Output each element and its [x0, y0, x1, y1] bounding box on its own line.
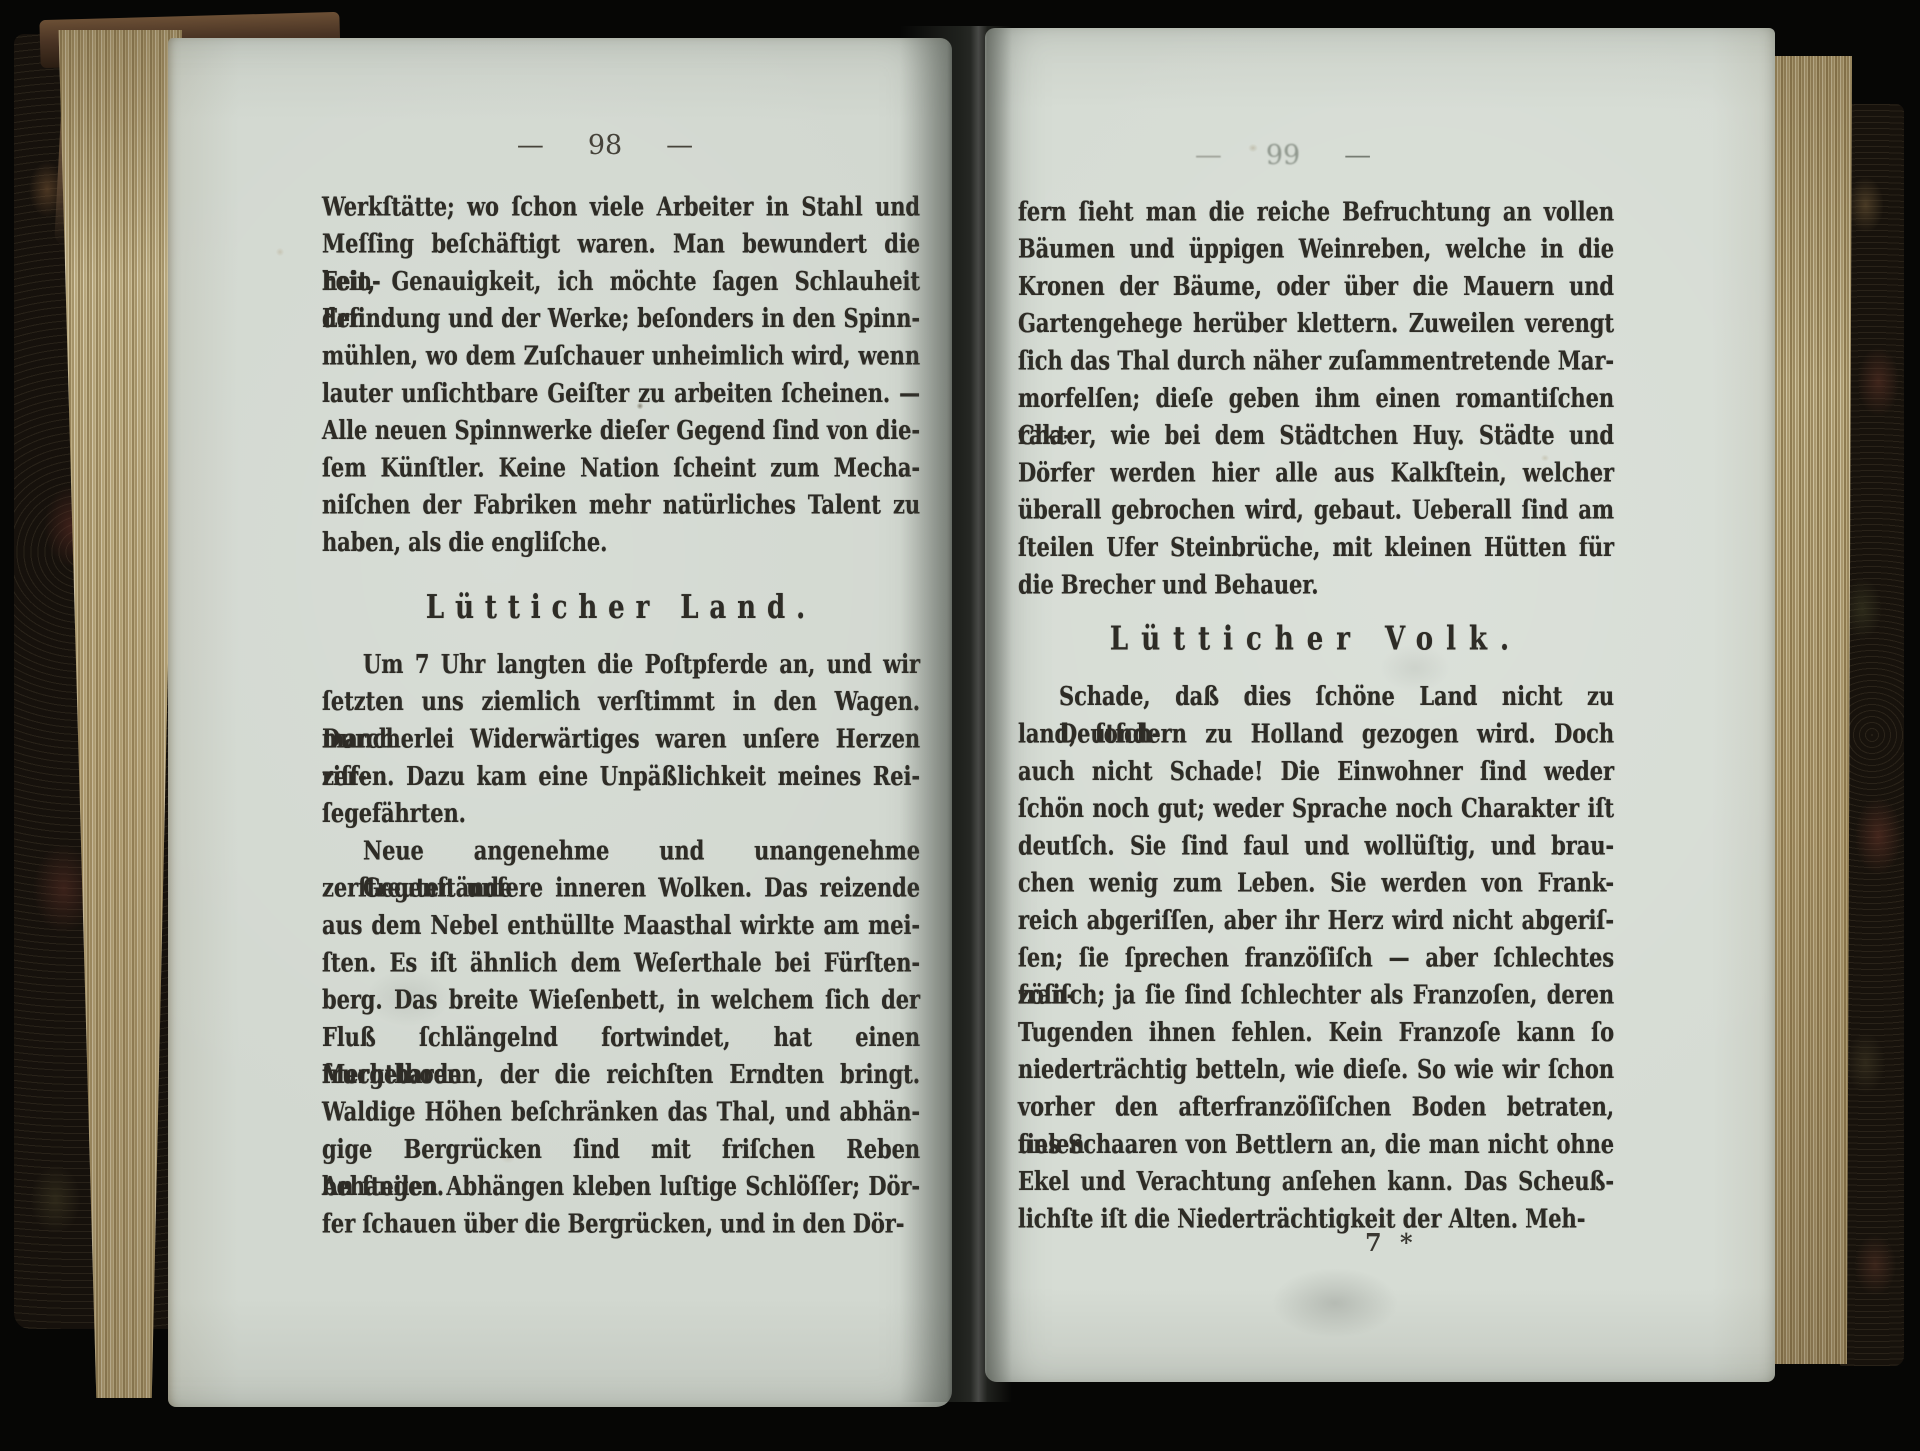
text-line: ſem Künſtler. Keine Nation ſcheint zum M…	[322, 449, 920, 486]
text-line: deutſch. Sie ſind faul und wollüſtig, un…	[1018, 827, 1614, 864]
text-line: berg. Das breite Wieſenbett, in welchem …	[322, 981, 920, 1018]
header-rule-left: —	[1195, 140, 1222, 171]
text-line: Gartengehege herüber klettern. Zuweilen …	[1018, 305, 1614, 342]
page-number-text: 98	[588, 130, 622, 161]
paragraph: Um 7 Uhr langten die Poſtpferde an, und …	[322, 646, 920, 832]
text-line: zöſiſch; ja ſie ſind ſchlechter als Fran…	[1018, 976, 1614, 1013]
text-line: riſſen. Dazu kam eine Unpäßlichkeit mein…	[322, 757, 920, 794]
text-line: Ekel und Verachtung anſehen kann. Das Sc…	[1018, 1163, 1614, 1200]
text-line: Waldige Höhen beſchränken das Thal, und …	[322, 1093, 920, 1130]
text-line: ſteilen Ufer Steinbrüche, mit kleinen Hü…	[1018, 529, 1614, 566]
text-line: Dörfer werden hier alle aus Kalkſtein, w…	[1018, 454, 1614, 491]
text-line: Alle neuen Spinnwerke dieſer Gegend ſind…	[322, 412, 920, 449]
text-line: ſegefährten.	[322, 795, 920, 832]
text-line: aus dem Nebel enthüllte Maasthal wirkte …	[322, 907, 920, 944]
right-page-number: — 99 —	[1133, 140, 1433, 171]
section-heading: Lütticher Volk.	[1018, 618, 1614, 660]
page-number-text: 99	[1266, 140, 1300, 171]
text-line: niederträchtig betteln, wie dieſe. So wi…	[1018, 1051, 1614, 1088]
paragraph: fern ſieht man die reiche Befruchtung an…	[1018, 193, 1614, 603]
text-line: fer ſchauen über die Bergrücken, und in …	[322, 1205, 920, 1242]
text-line: vorher den afterfranzöſiſchen Boden betr…	[1018, 1088, 1614, 1125]
text-line: mühlen, wo dem Zuſchauer unheimlich wird…	[322, 337, 920, 374]
text-line: ſich das Thal durch näher zuſammentreten…	[1018, 342, 1614, 379]
text-line: rakter, wie bei dem Städtchen Huy. Städt…	[1018, 417, 1614, 454]
left-page: — 98 — Werkſtätte; wo ſchon viele Arbeit…	[168, 38, 952, 1407]
signature-mark: 7 *	[1365, 1228, 1413, 1257]
text-line: An ſteilen Abhängen kleben luſtige Schlö…	[322, 1168, 920, 1205]
right-page: — 99 — fern ſieht man die reiche Befruch…	[985, 28, 1775, 1382]
book-gutter	[900, 26, 1012, 1402]
section-heading: Lütticher Land.	[322, 586, 920, 631]
text-line: lichſte iſt die Niederträchtigkeit der A…	[1018, 1200, 1614, 1237]
text-line: land, ſondern zu Holland gezogen wird. D…	[1018, 715, 1614, 752]
text-line: morfelſen; dieſe geben ihm einen romanti…	[1018, 379, 1614, 416]
text-line: zerſtreuten unſere inneren Wolken. Das r…	[322, 869, 920, 906]
text-line: Bäumen und üppigen Weinreben, welche in …	[1018, 230, 1614, 267]
text-line: Meſſing beſchäftigt waren. Man bewundert…	[322, 225, 920, 262]
text-line: gige Bergrücken ſind mit friſchen Reben …	[322, 1130, 920, 1167]
text-line: überall gebrochen wird, gebaut. Ueberall…	[1018, 491, 1614, 528]
text-line: Kronen der Bäume, oder über die Mauern u…	[1018, 268, 1614, 305]
paragraph: Werkſtätte; wo ſchon viele Arbeiter in S…	[322, 188, 920, 561]
header-rule-right: —	[666, 130, 693, 161]
paragraph: Neue angenehme und unangenehme Gegenſtän…	[322, 832, 920, 1242]
text-line: fern ſieht man die reiche Befruchtung an…	[1018, 193, 1614, 230]
text-line: Mergelboden, der die reichſten Erndten b…	[322, 1056, 920, 1093]
text-line: Werkſtätte; wo ſchon viele Arbeiter in S…	[322, 188, 920, 225]
text-line: ſten. Es iſt ähnlich dem Weſerthale bei …	[322, 944, 920, 981]
book-photo: — 98 — Werkſtätte; wo ſchon viele Arbeit…	[0, 0, 1920, 1451]
text-line: niſchen der Fabriken mehr natürliches Ta…	[322, 486, 920, 523]
left-page-number: — 98 —	[455, 130, 755, 161]
header-rule-left: —	[517, 130, 544, 161]
text-line: die Brecher und Behauer.	[1018, 566, 1614, 603]
text-line: ſen; ſie ſprechen franzöſiſch — aber ſch…	[1018, 939, 1614, 976]
page-edges-right	[1768, 56, 1852, 1364]
paragraph: Schade, daß dies ſchöne Land nicht zu De…	[1018, 678, 1614, 1237]
text-line: ſchön noch gut; weder Sprache noch Chara…	[1018, 790, 1614, 827]
text-line: Fluß ſchlängelnd fortwindet, hat einen f…	[322, 1019, 920, 1056]
text-line: uns Schaaren von Bettlern an, die man ni…	[1018, 1125, 1614, 1162]
header-rule-right: —	[1344, 140, 1371, 171]
text-line: reich abgeriſſen, aber ihr Herz wird nic…	[1018, 902, 1614, 939]
right-text-block: fern ſieht man die reiche Befruchtung an…	[1018, 193, 1614, 1033]
text-line: Neue angenehme und unangenehme Gegenſtän…	[322, 832, 920, 869]
text-line: Tugenden ihnen fehlen. Kein Franzoſe kan…	[1018, 1014, 1614, 1051]
text-line: auch nicht Schade! Die Einwohner ſind we…	[1018, 752, 1614, 789]
text-line: ſetzten uns ziemlich verſtimmt in den Wa…	[322, 683, 920, 720]
left-text-block: Werkſtätte; wo ſchon viele Arbeiter in S…	[322, 188, 920, 1036]
text-line: Schade, daß dies ſchöne Land nicht zu De…	[1018, 678, 1614, 715]
text-line: chen wenig zum Leben. Sie werden von Fra…	[1018, 864, 1614, 901]
text-line: Erfindung und der Werke; beſonders in de…	[322, 300, 920, 337]
text-line: lauter unſichtbare Geiſter zu arbeiten ſ…	[322, 374, 920, 411]
text-line: haben, als die engliſche.	[322, 524, 920, 561]
text-line: mancherlei Widerwärtiges waren unſere He…	[322, 720, 920, 757]
text-line: heit, Genauigkeit, ich möchte ſagen Schl…	[322, 263, 920, 300]
text-line: Um 7 Uhr langten die Poſtpferde an, und …	[322, 646, 920, 683]
